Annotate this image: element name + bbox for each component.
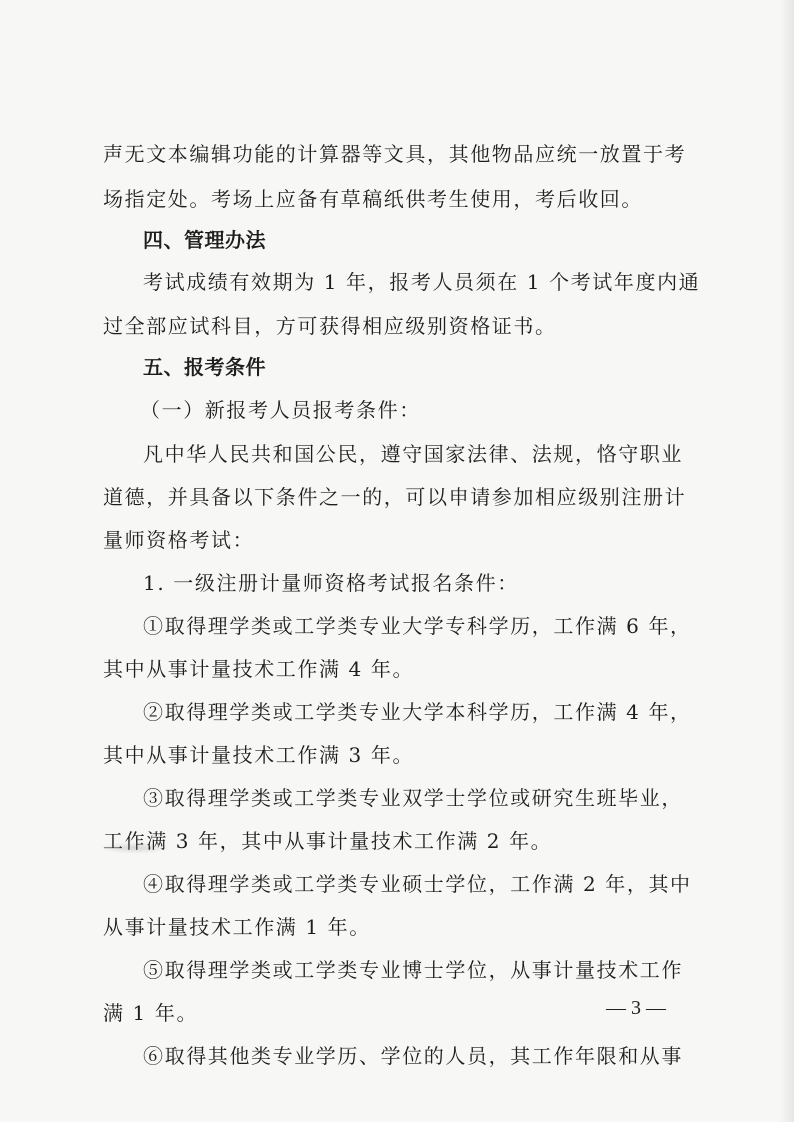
body-text-line: 量师资格考试：	[103, 527, 683, 553]
body-text-line: 场指定处。考场上应备有草稿纸供考生使用，考后收回。	[103, 186, 683, 212]
condition-item: ④取得理学类或工学类专业硕士学位，工作满 2 年，其中	[143, 871, 723, 897]
condition-item: ①取得理学类或工学类专业大学专科学历，工作满 6 年，	[143, 613, 723, 639]
subsection-heading: （一）新报考人员报考条件：	[140, 397, 720, 423]
condition-item: ③取得理学类或工学类专业双学士学位或研究生班毕业，	[143, 785, 723, 811]
condition-item-continuation: 满 1 年。	[103, 1000, 683, 1026]
item-title: 1. 一级注册计量师资格考试报名条件：	[143, 570, 723, 596]
body-text-line: 声无文本编辑功能的计算器等文具，其他物品应统一放置于考	[103, 141, 683, 167]
page-number: — 3 —	[606, 995, 666, 1021]
condition-item-continuation: 从事计量技术工作满 1 年。	[103, 914, 683, 940]
condition-item-continuation: 其中从事计量技术工作满 3 年。	[103, 742, 683, 768]
condition-item: ⑥取得其他类专业学历、学位的人员，其工作年限和从事	[143, 1043, 723, 1069]
condition-item-continuation: 工作满 3 年，其中从事计量技术工作满 2 年。	[103, 828, 683, 854]
condition-item: ②取得理学类或工学类专业大学本科学历，工作满 4 年，	[143, 699, 723, 725]
document-page: 声无文本编辑功能的计算器等文具，其他物品应统一放置于考 场指定处。考场上应备有草…	[0, 0, 794, 1122]
body-text-line: 凡中华人民共和国公民，遵守国家法律、法规，恪守职业	[143, 441, 723, 467]
body-text-line: 考试成绩有效期为 1 年，报考人员须在 1 个考试年度内通	[143, 269, 723, 295]
condition-item: ⑤取得理学类或工学类专业博士学位，从事计量技术工作	[143, 957, 723, 983]
scan-smudge	[100, 842, 170, 854]
condition-item-continuation: 其中从事计量技术工作满 4 年。	[103, 656, 683, 682]
body-text-line: 过全部应试科目，方可获得相应级别资格证书。	[103, 313, 683, 339]
scan-edge-shadow	[780, 0, 794, 1122]
section-heading-management: 四、管理办法	[143, 227, 723, 253]
section-heading-requirements: 五、报考条件	[143, 354, 723, 380]
body-text-line: 道德，并具备以下条件之一的，可以申请参加相应级别注册计	[103, 484, 683, 510]
